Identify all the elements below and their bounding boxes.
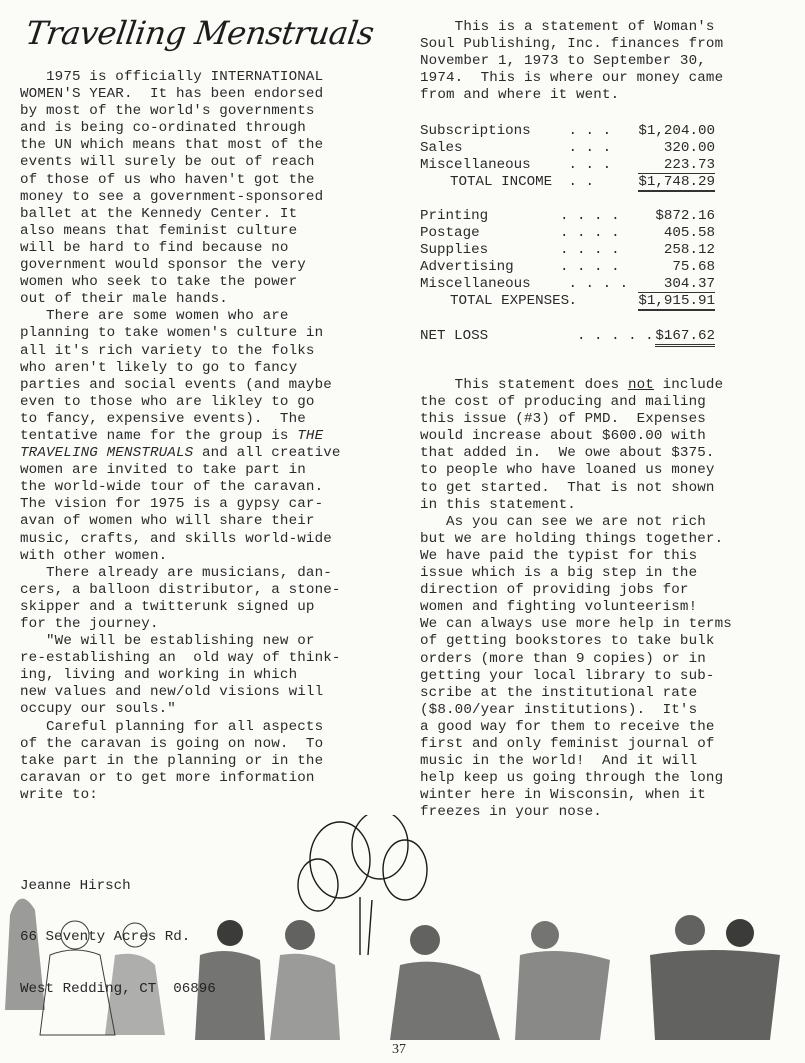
notes-line: first and only feminist journal of xyxy=(420,736,732,753)
body-line: occupy our souls." xyxy=(20,701,341,718)
notes-line: orders (more than 9 copies) or in xyxy=(420,651,732,668)
body-line: WOMEN'S YEAR. It has been endorsed xyxy=(20,86,341,103)
group-name: TRAVELING MENSTRUALS xyxy=(20,445,193,461)
expenses-table: Printing. . . .$872.16Postage. . . .405.… xyxy=(420,208,715,310)
line-item-value: $1,748.29 xyxy=(620,174,715,191)
leader-dots: . . . xyxy=(560,157,620,174)
body-line: even to those who are likley to go xyxy=(20,394,341,411)
article-body: 1975 is officially INTERNATIONALWOMEN'S … xyxy=(20,69,341,804)
body-line: the UN which means that most of the xyxy=(20,137,341,154)
body-line: will be hard to find because no xyxy=(20,240,341,257)
leader-dots: . . . . xyxy=(560,259,620,276)
intro-line: November 1, 1973 to September 30, xyxy=(420,53,723,70)
amount: $872.16 xyxy=(655,208,715,224)
body-line: out of their male hands. xyxy=(20,291,341,308)
group-name: THE xyxy=(297,428,323,444)
line-item-label: Printing xyxy=(420,208,560,225)
amount: 75.68 xyxy=(672,259,715,275)
notes-line: a good way for them to receive the xyxy=(420,719,732,736)
intro-line: This is a statement of Woman's xyxy=(420,19,723,36)
line-item-value: $1,915.91 xyxy=(620,293,715,310)
leader-dots: . . . . xyxy=(560,225,620,242)
line-item-value: 223.73 xyxy=(620,157,715,174)
body-line: write to: xyxy=(20,787,341,804)
article-title: Travelling Menstruals xyxy=(23,14,376,52)
notes-line: winter here in Wisconsin, when it xyxy=(420,787,732,804)
intro-line: from and where it went. xyxy=(420,87,723,104)
amount: 320.00 xyxy=(664,140,715,156)
intro-line: 1974. This is where our money came xyxy=(420,70,723,87)
body-line: women are invited to take part in xyxy=(20,462,341,479)
body-line: The vision for 1975 is a gypsy car- xyxy=(20,496,341,513)
notes-line: would increase about $600.00 with xyxy=(420,428,732,445)
line-item-value: 75.68 xyxy=(620,259,715,276)
body-line: 1975 is officially INTERNATIONAL xyxy=(20,69,341,86)
line-item-value: 258.12 xyxy=(620,242,715,259)
amount: $1,915.91 xyxy=(638,292,715,311)
leader-dots: . . xyxy=(560,174,620,191)
notes-line: music in the world! And it will xyxy=(420,753,732,770)
body-line: government would sponsor the very xyxy=(20,257,341,274)
notes-line: We have paid the typist for this xyxy=(420,548,732,565)
body-line: of those of us who haven't got the xyxy=(20,172,341,189)
amount: $167.62 xyxy=(655,328,715,347)
notes-line: to people who have loaned us money xyxy=(420,462,732,479)
notes-line: this issue (#3) of PMD. Expenses xyxy=(420,411,732,428)
body-line: TRAVELING MENSTRUALS and all creative xyxy=(20,445,341,462)
notes-line: As you can see we are not rich xyxy=(420,514,732,531)
body-line: take part in the planning or in the xyxy=(20,753,341,770)
line-item-label: NET LOSS xyxy=(420,328,560,345)
amount: $1,204.00 xyxy=(638,123,715,139)
statement-intro: This is a statement of Woman'sSoul Publi… xyxy=(420,19,723,104)
body-line: events will surely be out of reach xyxy=(20,154,341,171)
amount: $1,748.29 xyxy=(638,173,715,192)
total-income-row: TOTAL INCOME . .$1,748.29 xyxy=(420,174,715,191)
balloon-icon xyxy=(310,822,370,898)
body-line: with other women. xyxy=(20,548,341,565)
leader-dots: . . . . xyxy=(560,208,620,225)
leader-dots: . . . . xyxy=(560,242,620,259)
notes-line: help keep us going through the long xyxy=(420,770,732,787)
amount: 223.73 xyxy=(664,157,715,174)
line-item-value: $1,204.00 xyxy=(620,123,715,140)
notes-line: but we are holding things together. xyxy=(420,531,732,548)
leader-dots: . . . xyxy=(560,140,620,157)
body-line: and is being co-ordinated through xyxy=(20,120,341,137)
leader-dots: . . . . . . xyxy=(560,328,620,345)
body-line: for the journey. xyxy=(20,616,341,633)
notes-line: This statement does not include xyxy=(420,377,732,394)
line-item-label: Advertising xyxy=(420,259,560,276)
expense-row: Advertising. . . .75.68 xyxy=(420,259,715,276)
body-line: skipper and a twitterunk signed up xyxy=(20,599,341,616)
line-item-label: Postage xyxy=(420,225,560,242)
notes-line: that added in. We owe about $375. xyxy=(420,445,732,462)
notes-line: getting your local library to sub- xyxy=(420,668,732,685)
expense-row: Printing. . . .$872.16 xyxy=(420,208,715,225)
notes-line: in this statement. xyxy=(420,497,732,514)
notes-line: to get started. That is not shown xyxy=(420,480,732,497)
amount: 405.58 xyxy=(664,225,715,241)
body-line: avan of women who will share their xyxy=(20,513,341,530)
income-table: Subscriptions . . .$1,204.00Sales . . .3… xyxy=(420,123,715,191)
body-line: women who seek to take the power xyxy=(20,274,341,291)
income-row: Subscriptions . . .$1,204.00 xyxy=(420,123,715,140)
body-line: re-establishing an old way of think- xyxy=(20,650,341,667)
amount: 304.37 xyxy=(664,276,715,293)
leader-dots: . xyxy=(560,293,620,310)
line-item-label: Subscriptions xyxy=(420,123,560,140)
line-item-label: TOTAL INCOME xyxy=(420,174,560,191)
notes-line: women and fighting volunteerism! xyxy=(420,599,732,616)
body-line: There already are musicians, dan- xyxy=(20,565,341,582)
line-item-label: TOTAL EXPENSES xyxy=(420,293,560,310)
emphasis-not: not xyxy=(628,377,654,393)
body-line: also means that feminist culture xyxy=(20,223,341,240)
notes-line: scribe at the institutional rate xyxy=(420,685,732,702)
line-item-value: 405.58 xyxy=(620,225,715,242)
statement-notes: This statement does not includethe cost … xyxy=(420,377,732,821)
leader-dots: . . . xyxy=(560,123,620,140)
body-line: ballet at the Kennedy Center. It xyxy=(20,206,341,223)
line-item-label: Miscellaneous xyxy=(420,157,560,174)
line-item-value: 304.37 xyxy=(620,276,715,293)
body-line: "We will be establishing new or xyxy=(20,633,341,650)
amount: 258.12 xyxy=(664,242,715,258)
body-line: to fancy, expensive events). The xyxy=(20,411,341,428)
body-line: There are some women who are xyxy=(20,308,341,325)
body-line: the world-wide tour of the caravan. xyxy=(20,479,341,496)
body-line: Careful planning for all aspects xyxy=(20,719,341,736)
expense-row: Supplies. . . .258.12 xyxy=(420,242,715,259)
body-line: new values and new/old visions will xyxy=(20,684,341,701)
body-line: who aren't likely to go to fancy xyxy=(20,360,341,377)
body-line: tentative name for the group is THE xyxy=(20,428,341,445)
income-row: Miscellaneous . . .223.73 xyxy=(420,157,715,174)
net-loss-row: NET LOSS . . . . . .$167.62 xyxy=(420,328,715,345)
expense-row: Postage. . . .405.58 xyxy=(420,225,715,242)
expense-row: Miscellaneous . . . .304.37 xyxy=(420,276,715,293)
notes-line: We can always use more help in terms xyxy=(420,616,732,633)
crowd-illustration xyxy=(0,815,805,1040)
line-item-value: $872.16 xyxy=(620,208,715,225)
notes-line: of getting bookstores to take bulk xyxy=(420,633,732,650)
notes-line: issue which is a big step in the xyxy=(420,565,732,582)
notes-line: the cost of producing and mailing xyxy=(420,394,732,411)
line-item-label: Supplies xyxy=(420,242,560,259)
body-line: all it's rich variety to the folks xyxy=(20,343,341,360)
body-line: of the caravan is going on now. To xyxy=(20,736,341,753)
intro-line: Soul Publishing, Inc. finances from xyxy=(420,36,723,53)
notes-line: direction of providing jobs for xyxy=(420,582,732,599)
body-line: money to see a government-sponsored xyxy=(20,189,341,206)
net-loss: NET LOSS . . . . . .$167.62 xyxy=(420,328,715,345)
line-item-value: $167.62 xyxy=(620,328,715,345)
body-line: music, crafts, and skills world-wide xyxy=(20,531,341,548)
page-number: 37 xyxy=(392,1042,406,1058)
body-line: ing, living and working in which xyxy=(20,667,341,684)
total-expenses-row: TOTAL EXPENSES .$1,915.91 xyxy=(420,293,715,310)
body-line: parties and social events (and maybe xyxy=(20,377,341,394)
leader-dots: . . . . xyxy=(560,276,620,293)
notes-line: ($8.00/year institutions). It's xyxy=(420,702,732,719)
body-line: cers, a balloon distributor, a stone- xyxy=(20,582,341,599)
line-item-label: Miscellaneous xyxy=(420,276,560,293)
body-line: by most of the world's governments xyxy=(20,103,341,120)
line-item-value: 320.00 xyxy=(620,140,715,157)
income-row: Sales . . .320.00 xyxy=(420,140,715,157)
line-item-label: Sales xyxy=(420,140,560,157)
body-line: caravan or to get more information xyxy=(20,770,341,787)
body-line: planning to take women's culture in xyxy=(20,325,341,342)
